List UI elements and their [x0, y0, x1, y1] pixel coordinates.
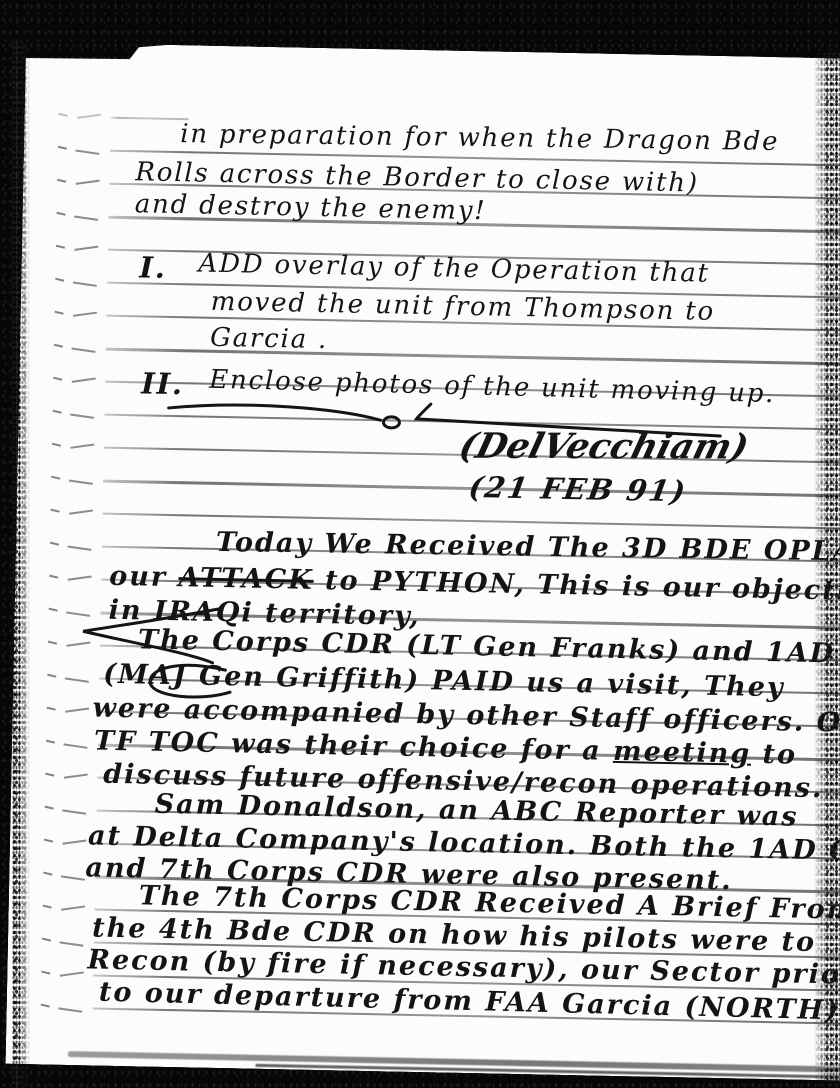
handwriting-line: ADD overlay of the Operation that: [198, 250, 710, 289]
handwriting-line: Today We Received The 3D BDE OPLAN For: [216, 528, 840, 569]
scanned-page-background: in preparation for when the Dragon Bde R…: [0, 0, 840, 1088]
struck-word: ATTACK: [178, 562, 314, 596]
ruled-line: [110, 117, 188, 121]
handwriting-line: and destroy the enemy!: [134, 190, 486, 226]
handwriting-line: Garcia .: [210, 324, 329, 355]
list-marker-one: I.: [139, 252, 167, 284]
handwriting-line: in preparation for when the Dragon Bde: [180, 120, 779, 156]
entry-text: to: [751, 739, 798, 771]
entry-text: our: [109, 561, 179, 593]
notebook-page: in preparation for when the Dragon Bde R…: [5, 42, 840, 1081]
ruled-line: [103, 513, 840, 531]
signature-date: (21 FEB 91): [467, 472, 690, 508]
margin-bracket-mark: [138, 656, 249, 708]
underlined-word: meeting: [613, 736, 752, 770]
signature-scrawl: (DelVecchiam): [455, 428, 752, 467]
